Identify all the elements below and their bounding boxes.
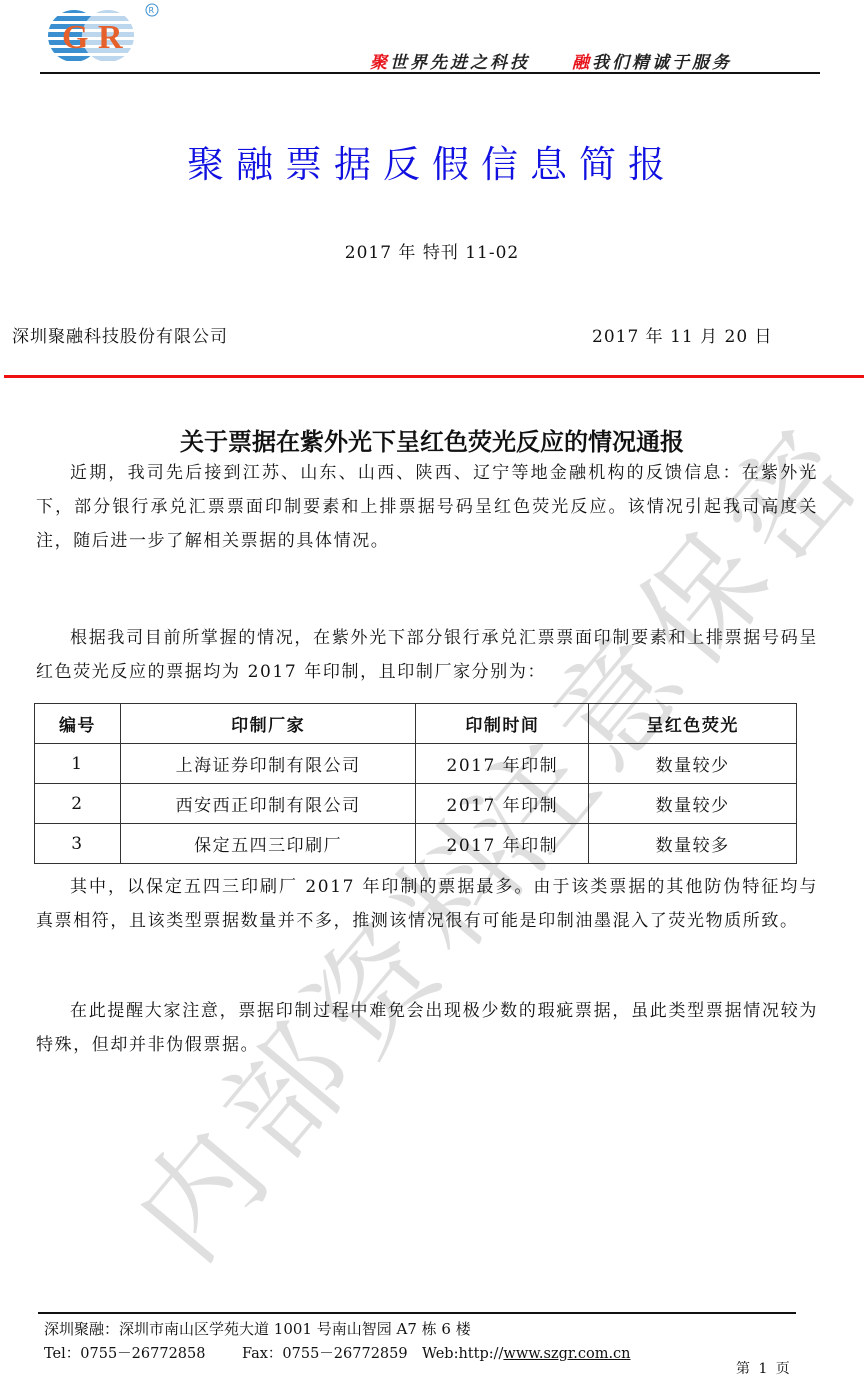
cell-number: 2 [35, 784, 121, 824]
article-title: 关于票据在紫外光下呈红色荧光反应的情况通报 [0, 422, 864, 457]
cell-time: 2017 年印制 [416, 744, 589, 784]
cell-number: 1 [35, 744, 121, 784]
slogan-left: 世界先进之科技 [390, 53, 530, 73]
footer-web-label: Web:http:// [422, 1346, 503, 1362]
issuing-company: 深圳聚融科技股份有限公司 [12, 322, 228, 347]
table-header-row: 编号 印制厂家 印制时间 呈红色荧光 [35, 704, 797, 744]
cell-factory: 保定五四三印刷厂 [120, 824, 416, 864]
printing-factories-table: 编号 印制厂家 印制时间 呈红色荧光 1 上海证券印制有限公司 2017 年印制… [34, 703, 797, 864]
footer-tel: Tel：0755－26772858 [44, 1342, 242, 1363]
column-header-fluorescence: 呈红色荧光 [589, 704, 797, 744]
slogan-left-highlight: 聚 [370, 53, 390, 73]
footer-divider [38, 1312, 796, 1314]
issue-date: 2017 年 11 月 20 日 [592, 322, 773, 347]
cell-number: 3 [35, 824, 121, 864]
slogan-right-highlight: 融 [572, 53, 592, 73]
paragraph-2: 根据我司目前所掌握的情况，在紫外光下部分银行承兑汇票票面印制要素和上排票据号码呈… [36, 621, 818, 689]
table-row: 1 上海证券印制有限公司 2017 年印制 数量较少 [35, 744, 797, 784]
svg-text:G: G [62, 19, 88, 56]
cell-time: 2017 年印制 [416, 784, 589, 824]
cell-fluorescence: 数量较多 [589, 824, 797, 864]
table-row: 3 保定五四三印刷厂 2017 年印制 数量较多 [35, 824, 797, 864]
gr-logo-icon: G R R [44, 2, 162, 64]
paragraph-4: 在此提醒大家注意，票据印制过程中难免会出现极少数的瑕疵票据，虽此类型票据情况较为… [36, 994, 818, 1062]
red-divider [4, 375, 864, 378]
cell-time: 2017 年印制 [416, 824, 589, 864]
cell-fluorescence: 数量较少 [589, 744, 797, 784]
header-divider [40, 72, 820, 74]
company-logo: G R R [44, 2, 162, 64]
website-link[interactable]: www.szgr.com.cn [503, 1346, 630, 1362]
column-header-number: 编号 [35, 704, 121, 744]
cell-factory: 西安西正印制有限公司 [120, 784, 416, 824]
cell-factory: 上海证券印制有限公司 [120, 744, 416, 784]
svg-text:R: R [98, 19, 123, 56]
paragraph-1: 近期，我司先后接到江苏、山东、山西、陕西、辽宁等地金融机构的反馈信息：在紫外光下… [36, 456, 818, 558]
column-header-factory: 印制厂家 [120, 704, 416, 744]
cell-fluorescence: 数量较少 [589, 784, 797, 824]
table-row: 2 西安西正印制有限公司 2017 年印制 数量较少 [35, 784, 797, 824]
company-slogan: 聚世界先进之科技融我们精诚于服务 [370, 48, 732, 73]
footer-contact: Tel：0755－26772858Fax：0755－26772859Web:ht… [44, 1342, 631, 1363]
footer-address: 深圳聚融：深圳市南山区学苑大道 1001 号南山智园 A7 栋 6 楼 [44, 1318, 471, 1339]
footer-fax: Fax：0755－26772859 [242, 1342, 422, 1363]
slogan-right: 我们精诚于服务 [592, 53, 732, 73]
issue-number: 2017 年 特刊 11-02 [0, 238, 864, 263]
page-number: 第 1 页 [736, 1358, 792, 1378]
column-header-time: 印制时间 [416, 704, 589, 744]
paragraph-3: 其中，以保定五四三印刷厂 2017 年印制的票据最多。由于该类票据的其他防伪特征… [36, 870, 818, 938]
svg-text:R: R [149, 6, 155, 15]
bulletin-title: 聚融票据反假信息简报 [0, 134, 864, 188]
